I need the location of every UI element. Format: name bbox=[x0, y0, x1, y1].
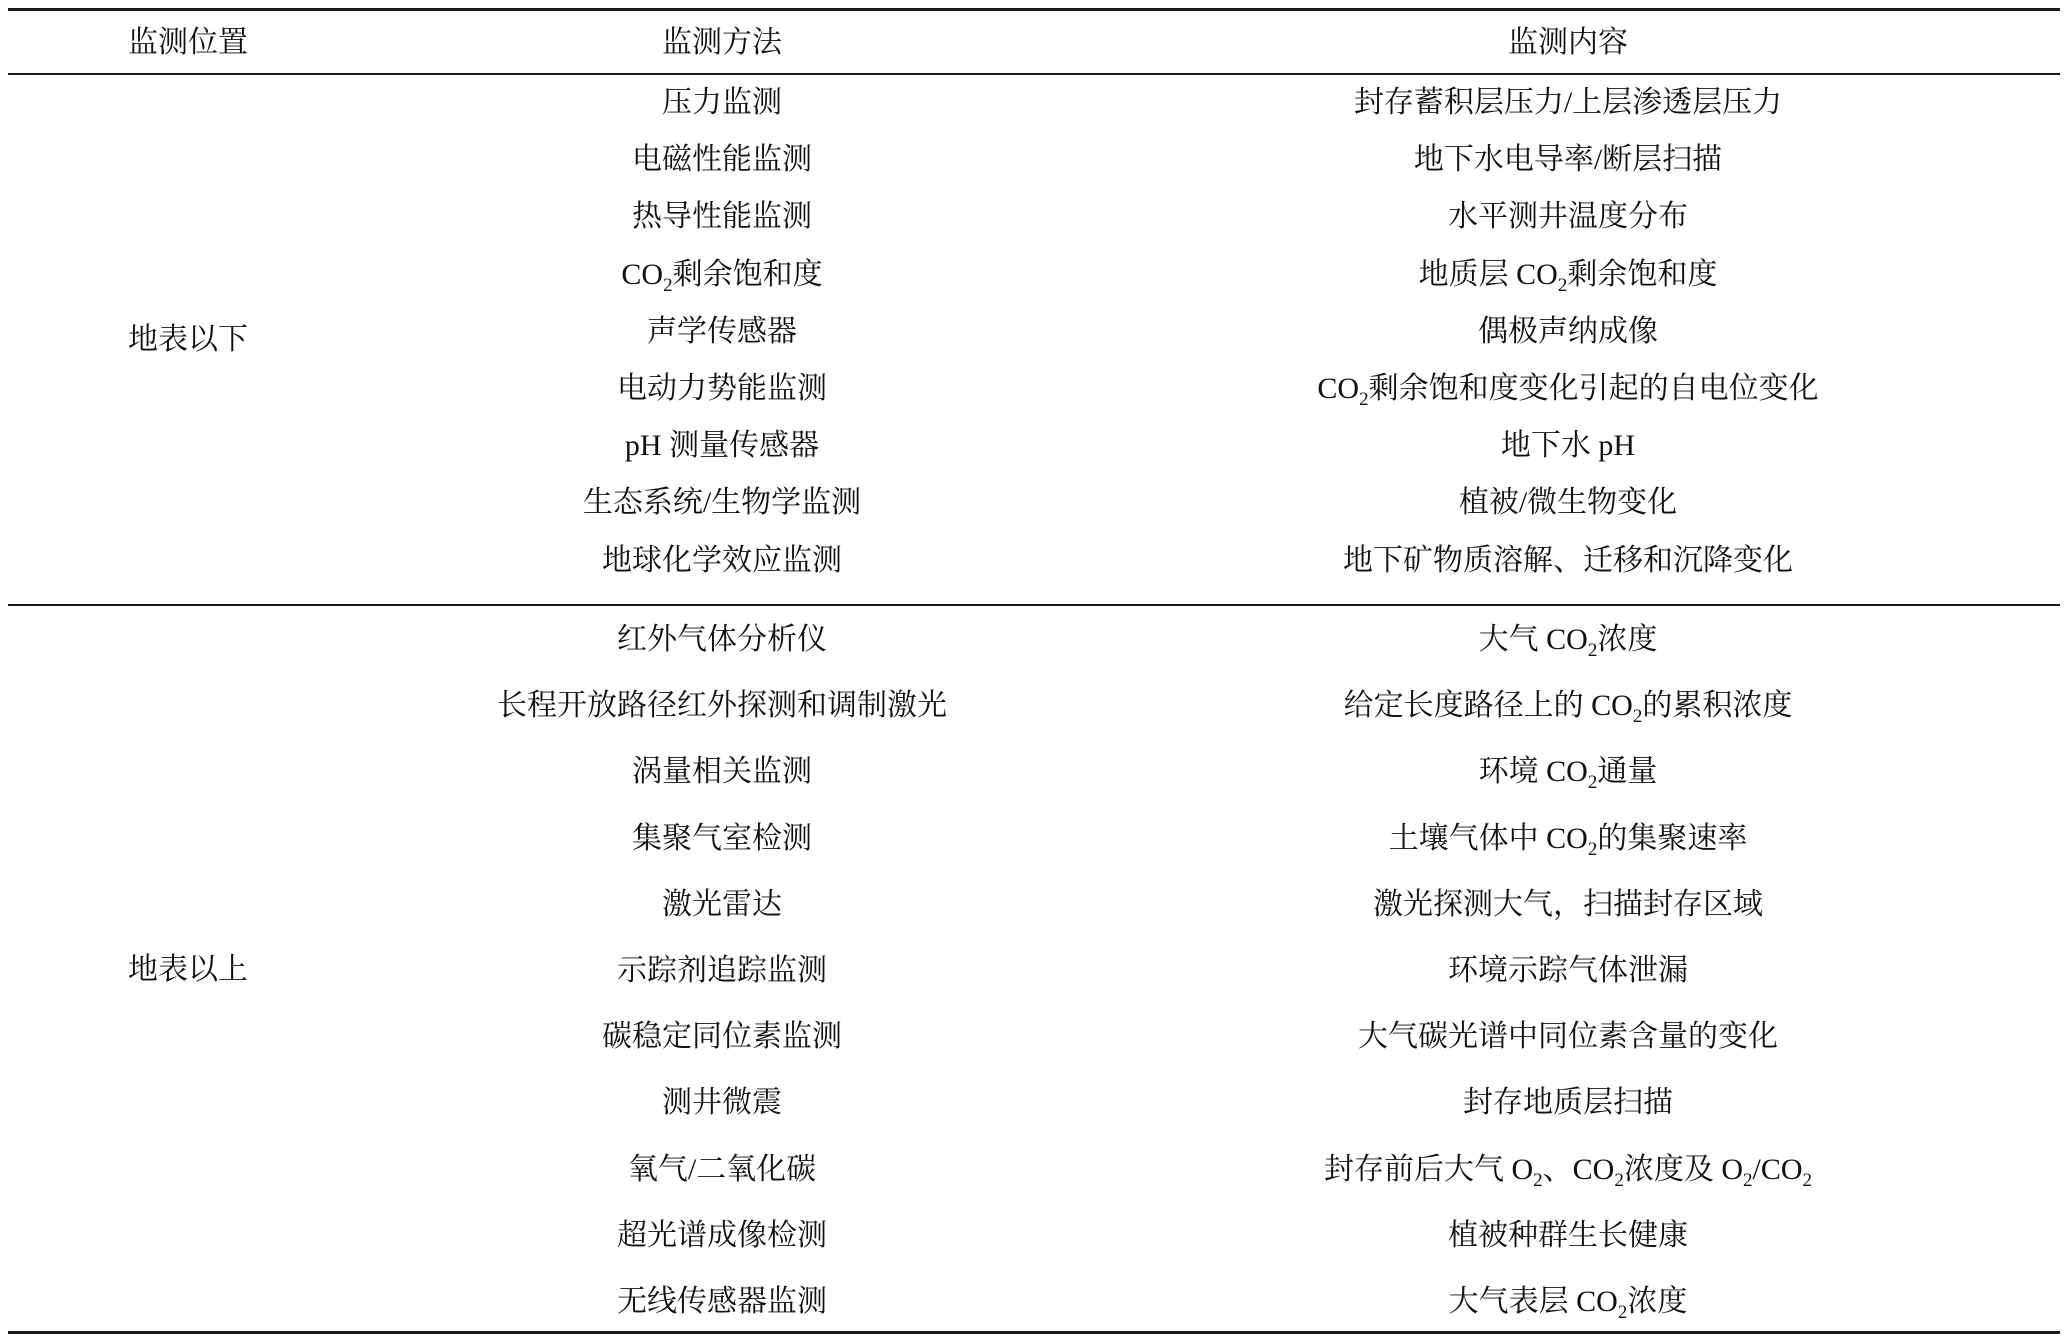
method-cell: 涡量相关监测 bbox=[632, 752, 812, 792]
content-cell: 水平测井温度分布 bbox=[1448, 197, 1688, 237]
method-cell: pH 测量传感器 bbox=[625, 426, 819, 466]
method-cell: 激光雷达 bbox=[662, 885, 782, 925]
content-cell: 地质层 CO2剩余饱和度 bbox=[1419, 255, 1718, 295]
group-label-subsurface: 地表以下 bbox=[128, 320, 248, 360]
header-content: 监测内容 bbox=[1508, 23, 1628, 63]
method-cell: 示踪剂追踪监测 bbox=[617, 951, 827, 991]
method-cell: 电动力势能监测 bbox=[617, 369, 827, 409]
content-cell: 地下水电导率/断层扫描 bbox=[1414, 140, 1722, 180]
method-cell: 测井微震 bbox=[662, 1083, 782, 1123]
content-cell: 土壤气体中 CO2的集聚速率 bbox=[1389, 819, 1748, 859]
content-cell: 环境 CO2通量 bbox=[1479, 752, 1658, 792]
method-cell: 无线传感器监测 bbox=[617, 1282, 827, 1322]
method-cell: CO2剩余饱和度 bbox=[621, 255, 822, 295]
content-cell: 环境示踪气体泄漏 bbox=[1448, 951, 1688, 991]
content-cell: 植被种群生长健康 bbox=[1448, 1216, 1688, 1256]
content-cell: 地下水 pH bbox=[1501, 426, 1635, 466]
header-method: 监测方法 bbox=[662, 23, 782, 63]
table-top-rule bbox=[8, 8, 2060, 11]
method-cell: 红外气体分析仪 bbox=[617, 620, 827, 660]
method-cell: 超光谱成像检测 bbox=[617, 1216, 827, 1256]
method-cell: 碳稳定同位素监测 bbox=[602, 1017, 842, 1057]
method-cell: 氧气/二氧化碳 bbox=[628, 1150, 816, 1190]
content-cell: 大气 CO2浓度 bbox=[1479, 620, 1658, 660]
group-divider-rule bbox=[8, 604, 2060, 606]
content-cell: 植被/微生物变化 bbox=[1459, 483, 1677, 523]
header-location: 监测位置 bbox=[128, 23, 248, 63]
content-cell: 大气表层 CO2浓度 bbox=[1449, 1282, 1688, 1322]
group-label-above-surface: 地表以上 bbox=[128, 950, 248, 990]
content-cell: 激光探测大气，扫描封存区域 bbox=[1373, 885, 1763, 925]
content-cell: CO2剩余饱和度变化引起的自电位变化 bbox=[1317, 369, 1818, 409]
header-bottom-rule bbox=[8, 73, 2060, 75]
method-cell: 长程开放路径红外探测和调制激光 bbox=[497, 686, 947, 726]
content-cell: 给定长度路径上的 CO2的累积浓度 bbox=[1344, 686, 1793, 726]
content-cell: 大气碳光谱中同位素含量的变化 bbox=[1358, 1017, 1778, 1057]
method-cell: 地球化学效应监测 bbox=[602, 541, 842, 581]
method-cell: 电磁性能监测 bbox=[632, 140, 812, 180]
method-cell: 声学传感器 bbox=[647, 312, 797, 352]
method-cell: 热导性能监测 bbox=[632, 197, 812, 237]
content-cell: 封存前后大气 O2、CO2浓度及 O2/CO2 bbox=[1324, 1150, 1812, 1190]
content-cell: 封存蓄积层压力/上层渗透层压力 bbox=[1354, 83, 1782, 123]
table-bottom-rule bbox=[8, 1331, 2060, 1334]
method-cell: 生态系统/生物学监测 bbox=[583, 483, 861, 523]
content-cell: 封存地质层扫描 bbox=[1463, 1083, 1673, 1123]
method-cell: 集聚气室检测 bbox=[632, 819, 812, 859]
content-cell: 地下矿物质溶解、迁移和沉降变化 bbox=[1343, 541, 1793, 581]
content-cell: 偶极声纳成像 bbox=[1478, 312, 1658, 352]
method-cell: 压力监测 bbox=[662, 83, 782, 123]
